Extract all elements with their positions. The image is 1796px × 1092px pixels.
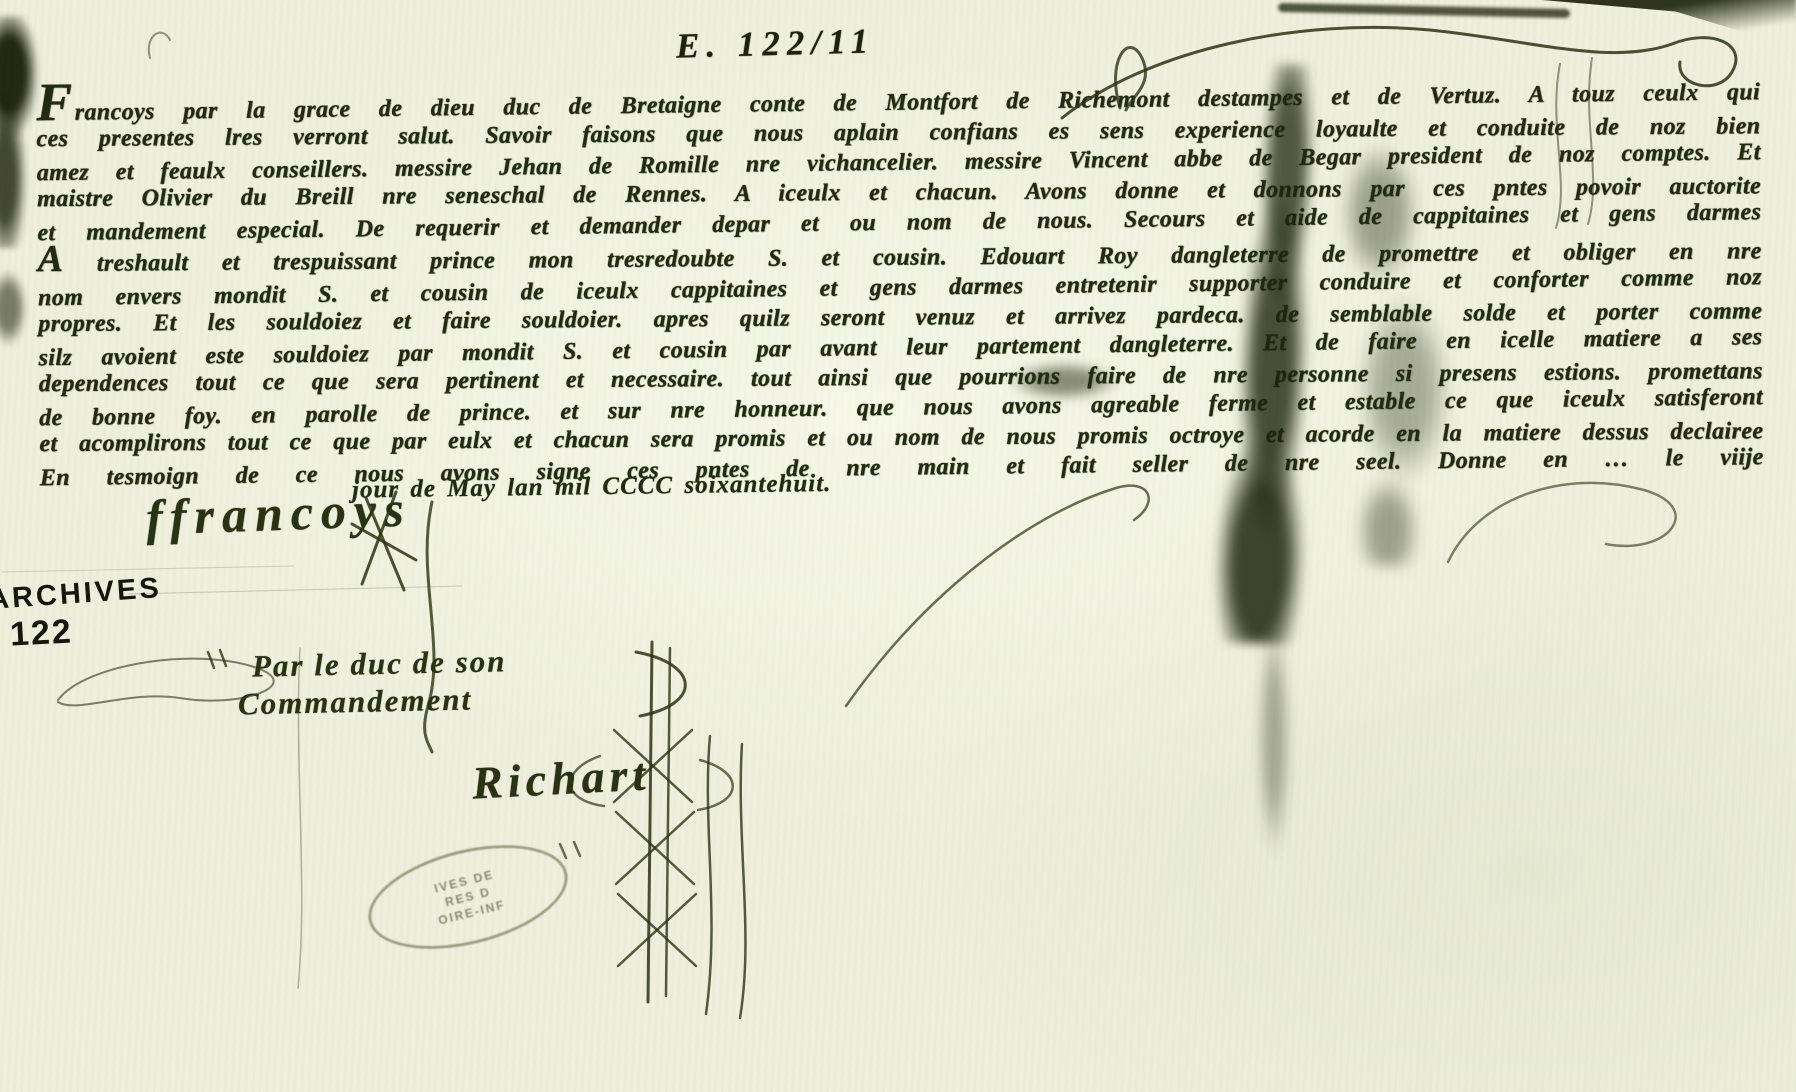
tick-mark-4: [574, 842, 580, 856]
small-curl-top-left: [149, 33, 170, 58]
ink-band-top-right-corner: [1496, 0, 1796, 48]
tick-mark-3: [560, 844, 566, 858]
archive-reference: E. 122/11: [676, 21, 876, 66]
monogram-stem-2: [666, 648, 670, 996]
monogram-cross-2b: [616, 812, 694, 884]
tick-mark-1: [208, 652, 214, 668]
manuscript-scan-page: E. 122/11 Francoys par la grace de dieu …: [0, 0, 1796, 1092]
ink-blot-left-edge: [0, 252, 42, 364]
oval-archive-stamp: IVES DE RES D OIRE-INF: [358, 827, 579, 968]
monogram-swash-right: [698, 760, 733, 810]
charter-text-block: Francoys par la grace de dieu duc de Bre…: [36, 71, 1764, 491]
flourish-right-loop: [1448, 483, 1676, 562]
monogram-cross-3a: [618, 894, 696, 966]
crease-line-2: [2, 566, 294, 572]
corner-stamp-number: 122: [9, 612, 74, 654]
chancery-note-line-2: Commandement: [238, 682, 473, 723]
monogram-stem-1: [648, 642, 652, 1002]
crease-line-1: [128, 586, 462, 594]
ink-line-top-edge: [1278, 3, 1570, 18]
chancery-note-line-1: Par le duc de son: [252, 643, 507, 684]
secretary-signature: Richart: [471, 747, 652, 809]
richart-paraph-vertical-1: [706, 736, 712, 1014]
monogram-top-loop: [636, 652, 685, 716]
flourish-mid-loop: [846, 486, 1149, 706]
monogram-cross-3b: [618, 894, 696, 966]
corner-stamp-archives: ARCHIVES: [0, 572, 163, 617]
tick-mark-2: [220, 650, 226, 666]
richart-paraph-vertical-2: [740, 744, 745, 1018]
monogram-cross-2a: [616, 812, 694, 884]
ducal-signature: ffrancoys: [145, 479, 412, 546]
ink-streak-tail: [1238, 606, 1310, 936]
